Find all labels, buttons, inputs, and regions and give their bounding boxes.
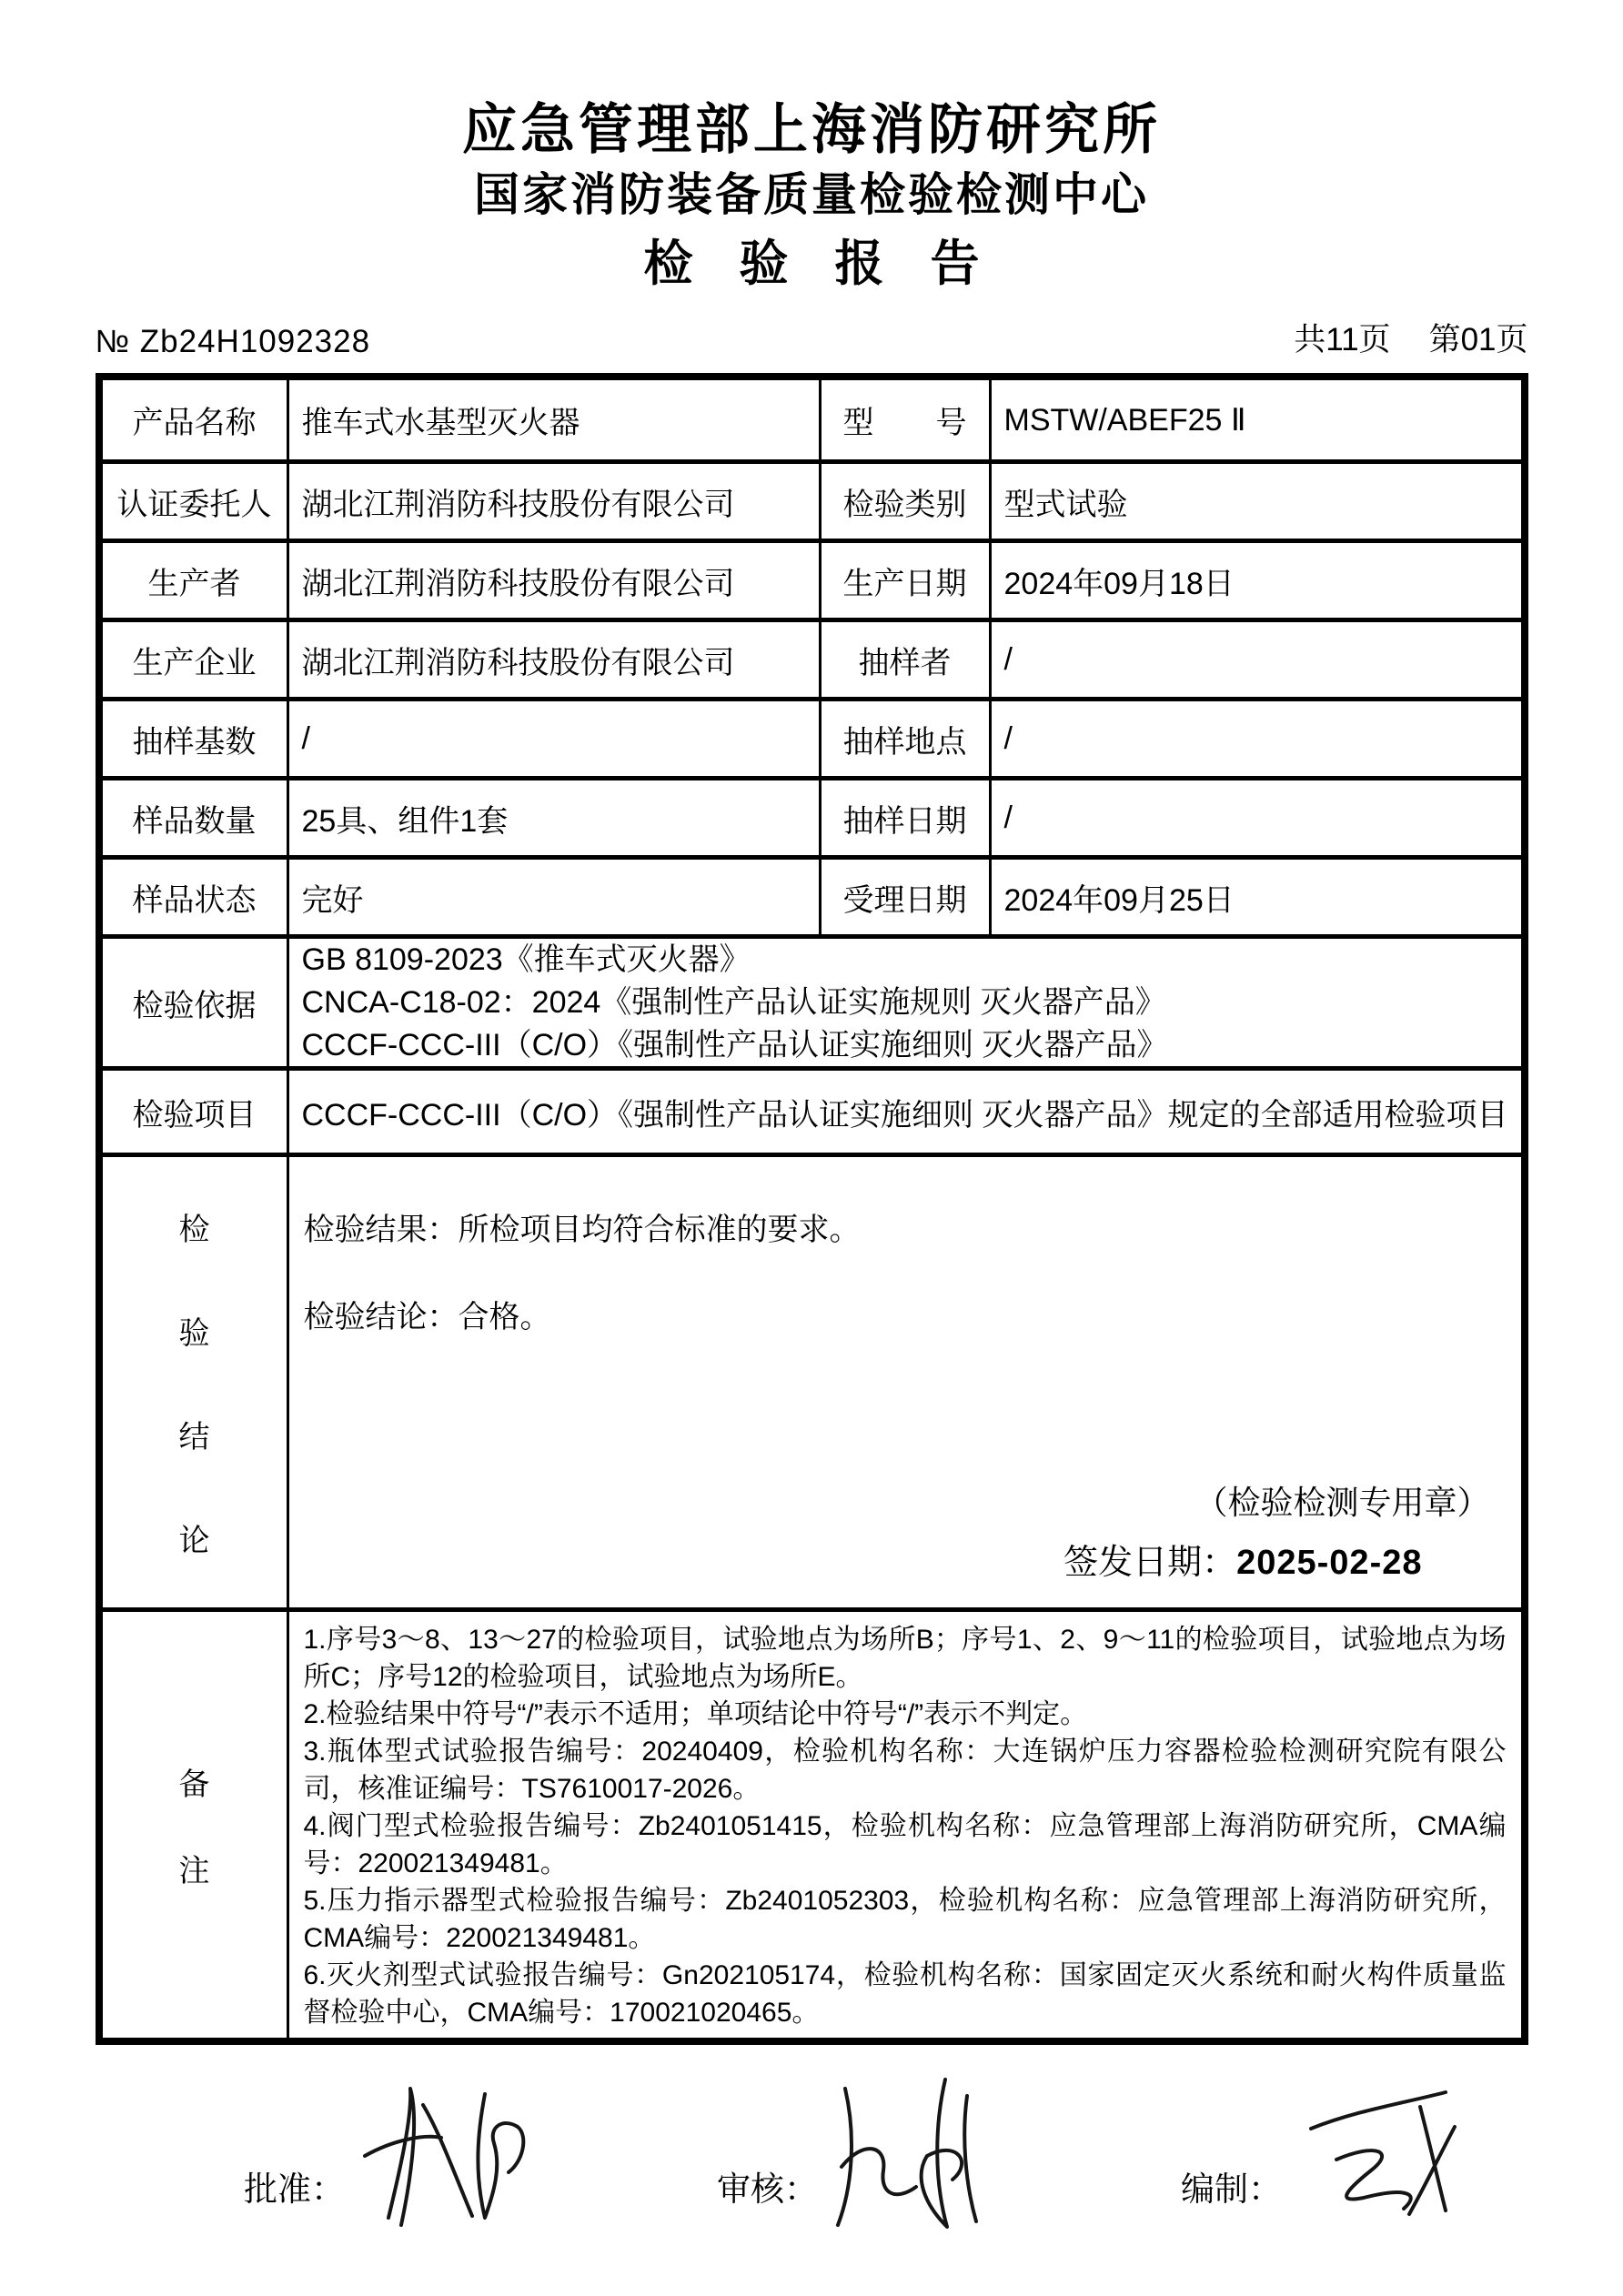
report-title: 检 验 报 告 (16, 237, 1623, 291)
product-name-label: 产品名称 (103, 380, 287, 459)
remarks-content: 1.序号3～8、13～27的检验项目，试验地点为场所B；序号1、2、9～11的检… (287, 1607, 1521, 2038)
manufacturer-label: 生产企业 (103, 618, 287, 697)
approve-label: 批准： (244, 2074, 345, 2210)
report-table: 产品名称 推车式水基型灭火器 型 号 MSTW/ABEF25 Ⅱ 认证委托人 湖… (96, 373, 1528, 2045)
issue-date-label: 签发日期： (1064, 1544, 1236, 1582)
meta-row: № Zb24H1092328 共11页第01页 (96, 315, 1528, 360)
sampling-date-value: / (989, 776, 1521, 855)
model-value: MSTW/ABEF25 Ⅱ (989, 380, 1521, 459)
production-date-label: 生产日期 (819, 539, 989, 618)
sampling-place-value: / (989, 697, 1521, 776)
remark-item-6: 6.灭火剂型式试验报告编号：Gn202105174，检验机构名称：国家固定灭火系… (304, 1957, 1507, 2031)
page-info: 共11页第01页 (1294, 315, 1527, 360)
sample-condition-value: 完好 (287, 855, 819, 934)
basis-line-3: CCCF-CCC-III（C/O）《强制性产品认证实施细则 灭火器产品》 (302, 1024, 1168, 1067)
certification-client-value: 湖北江荆消防科技股份有限公司 (287, 459, 819, 539)
remark-item-2: 2.检验结果中符号“/”表示不适用；单项结论中符号“/”表示不判定。 (304, 1696, 1507, 1733)
production-date-value: 2024年09月18日 (989, 539, 1521, 618)
remark-item-1: 1.序号3～8、13～27的检验项目，试验地点为场所B；序号1、2、9～11的检… (304, 1621, 1507, 1696)
conclusion-content: 检验结果：所检项目均符合标准的要求。 检验结论：合格。 （检验检测专用章） 签发… (287, 1153, 1521, 1607)
inspection-basis-label: 检验依据 (103, 934, 287, 1066)
sampling-place-label: 抽样地点 (819, 697, 989, 776)
sample-quantity-label: 样品数量 (103, 776, 287, 855)
conclusion-label-char-2: 验 (179, 1308, 210, 1353)
page-current: 第01页 (1429, 315, 1528, 360)
remark-item-3: 3.瓶体型式试验报告编号：20240409，检验机构名称：大连锅炉压力容器检验检… (304, 1733, 1507, 1808)
manufacturer-value: 湖北江荆消防科技股份有限公司 (287, 618, 819, 697)
conclusion-label-char-4: 论 (179, 1516, 210, 1560)
prepare-signature-block: 编制： (1181, 2074, 1480, 2240)
inspection-report-page: 应急管理部上海消防研究所 国家消防装备质量检验检测中心 检 验 报 告 № Zb… (0, 0, 1623, 2296)
conclusion-verdict-line: 检验结论：合格。 (304, 1297, 1503, 1337)
acceptance-date-value: 2024年09月25日 (989, 855, 1521, 934)
conclusion-label-char-1: 检 (179, 1204, 210, 1249)
basis-line-1: GB 8109-2023《推车式灭火器》 (302, 939, 751, 982)
acceptance-date-label: 受理日期 (819, 855, 989, 934)
issue-date-line: 签发日期：2025-02-28 (1064, 1534, 1422, 1584)
inspection-items-content: CCCF-CCC-III（C/O）《强制性产品认证实施细则 灭火器产品》规定的全… (287, 1066, 1521, 1153)
conclusion-result-line: 检验结果：所检项目均符合标准的要求。 (304, 1210, 1503, 1250)
inspection-type-value: 型式试验 (989, 459, 1521, 539)
sampling-date-label: 抽样日期 (819, 776, 989, 855)
producer-value: 湖北江荆消防科技股份有限公司 (287, 539, 819, 618)
certification-client-label: 认证委托人 (103, 459, 287, 539)
remarks-vertical-label: 备 注 (103, 1607, 287, 2038)
sampling-base-value: / (287, 697, 819, 776)
sample-condition-label: 样品状态 (103, 855, 287, 934)
seal-note: （检验检测专用章） (1195, 1477, 1489, 1524)
approve-signature-block: 批准： (244, 2074, 543, 2240)
review-label: 审核： (717, 2074, 818, 2210)
review-signature-block: 审核： (717, 2074, 1016, 2240)
basis-line-2: CNCA-C18-02：2024《强制性产品认证实施规则 灭火器产品》 (302, 982, 1166, 1024)
approve-signature-icon (347, 2074, 543, 2240)
pages-total: 共11页 (1294, 315, 1390, 360)
org-title: 应急管理部上海消防研究所 (0, 100, 1623, 160)
signature-row: 批准： 审核： 编制： (0, 2049, 1623, 2296)
doc-header: 应急管理部上海消防研究所 国家消防装备质量检验检测中心 检 验 报 告 (0, 0, 1623, 291)
inspection-basis-content: GB 8109-2023《推车式灭火器》 CNCA-C18-02：2024《强制… (287, 934, 1521, 1066)
producer-label: 生产者 (103, 539, 287, 618)
remarks-label-char-1: 备 (179, 1759, 210, 1804)
product-name-value: 推车式水基型灭火器 (287, 380, 819, 459)
inspection-type-label: 检验类别 (819, 459, 989, 539)
report-number: № Zb24H1092328 (96, 324, 371, 360)
remarks-label-char-2: 注 (179, 1846, 210, 1890)
issue-date-value: 2025-02-28 (1236, 1544, 1422, 1582)
inspection-items-label: 检验项目 (103, 1066, 287, 1153)
sampling-base-label: 抽样基数 (103, 697, 287, 776)
prepare-label: 编制： (1181, 2074, 1282, 2210)
conclusion-label-char-3: 结 (179, 1412, 210, 1456)
prepare-signature-icon (1284, 2074, 1480, 2240)
sample-quantity-value: 25具、组件1套 (287, 776, 819, 855)
review-signature-icon (820, 2074, 1016, 2240)
model-label: 型 号 (819, 380, 989, 459)
conclusion-vertical-label: 检 验 结 论 (103, 1153, 287, 1607)
sampler-label: 抽样者 (819, 618, 989, 697)
sampler-value: / (989, 618, 1521, 697)
remark-item-5: 5.压力指示器型式检验报告编号：Zb2401052303，检验机构名称：应急管理… (304, 1882, 1507, 1957)
center-title: 国家消防装备质量检验检测中心 (0, 169, 1623, 220)
remark-item-4: 4.阀门型式检验报告编号：Zb2401051415，检验机构名称：应急管理部上海… (304, 1808, 1507, 1882)
